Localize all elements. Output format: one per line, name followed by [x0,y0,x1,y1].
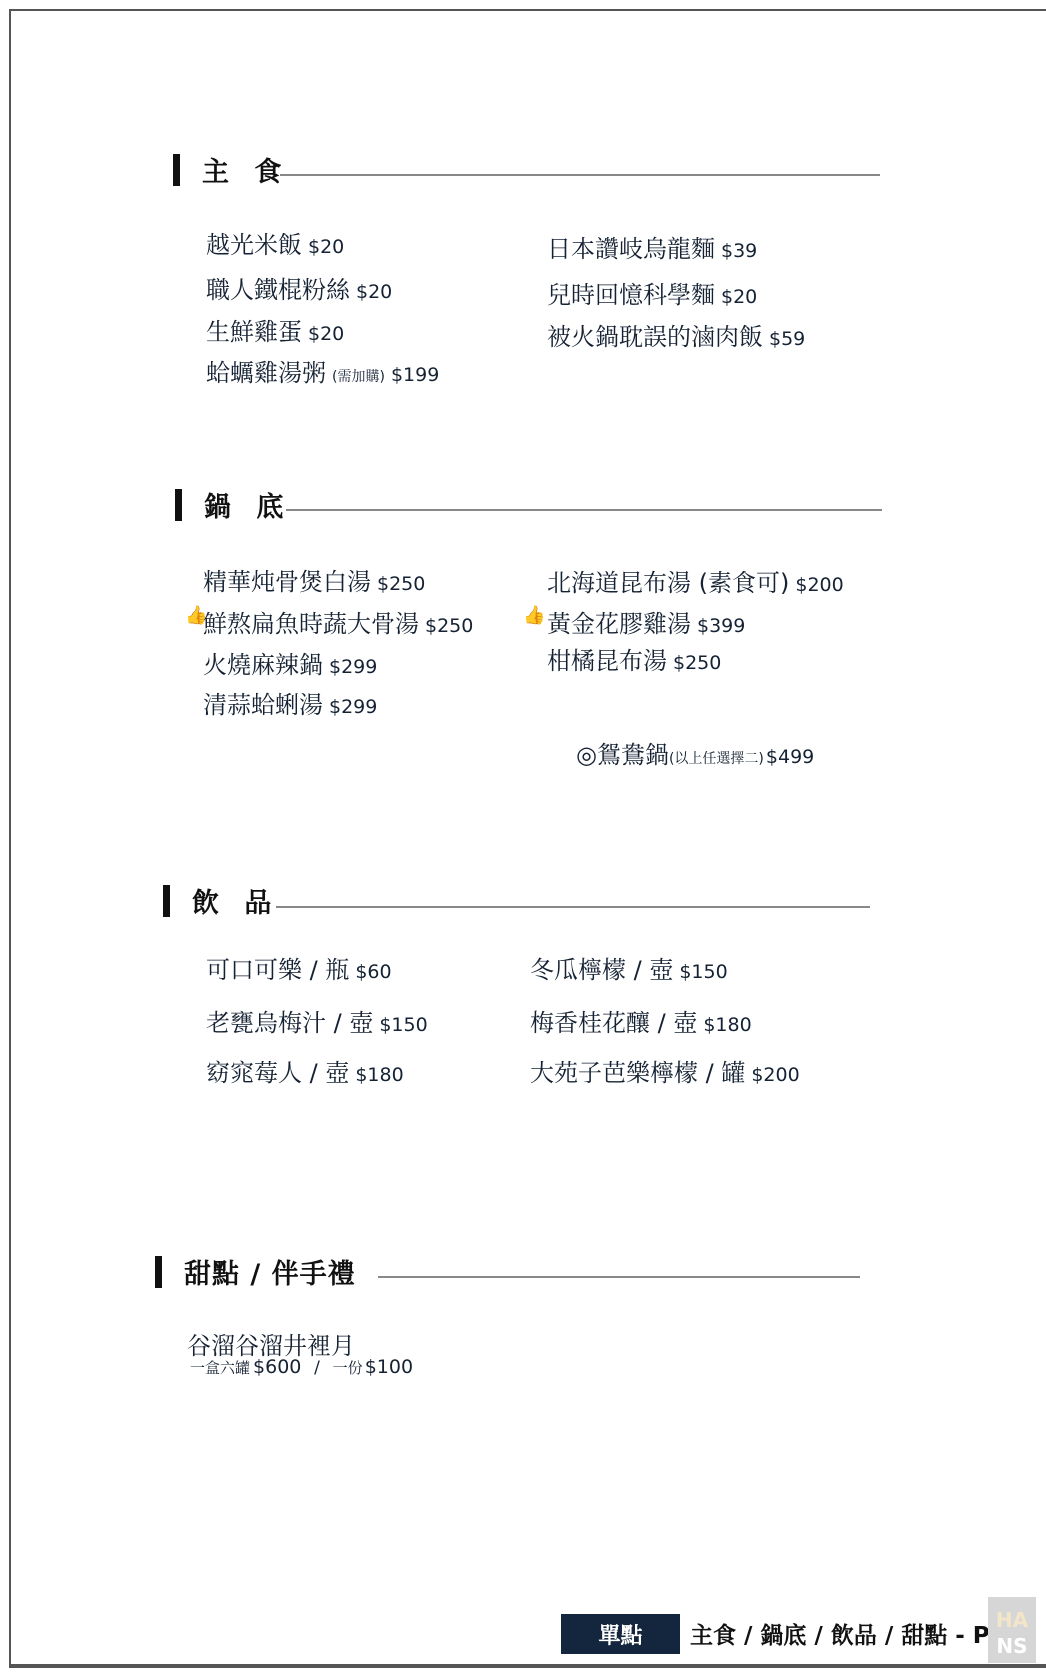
menu-item: 職人鐵棍粉絲$20 [206,270,392,305]
section-title: 鍋 底 [204,485,291,524]
section-rule [280,174,880,176]
menu-item: 越光米飯$20 [206,225,344,260]
menu-item: 老甕烏梅汁 / 壺$150 [206,1003,428,1038]
menu-item: 窈窕莓人 / 壺$180 [206,1053,404,1088]
menu-item-recommended: 鮮熬扁魚時蔬大骨湯$250 [203,604,473,639]
section-rule [378,1276,860,1278]
section-bar [175,489,182,521]
menu-item: 日本讚岐烏龍麵$39 [547,229,757,264]
hans-logo: HANS [988,1597,1036,1663]
category-badge: 單點 [561,1614,680,1654]
section-bar [155,1256,162,1288]
section-header-soup-base: 鍋 底 [175,485,291,524]
menu-item: 可口可樂 / 瓶$60 [206,950,392,985]
page-bottom-border [9,1666,1046,1668]
section-title: 甜點 / 伴手禮 [184,1252,356,1291]
section-title: 主 食 [202,150,289,189]
section-rule [286,509,882,511]
section-bar [163,885,170,917]
menu-item: 兒時回憶科學麵$20 [547,275,757,310]
section-title: 飲 品 [192,881,279,920]
section-header-staple: 主 食 [173,150,289,189]
menu-item: 大苑子芭樂檸檬 / 罐$200 [530,1053,800,1088]
menu-item: 被火鍋耽誤的滷肉飯$59 [547,317,805,352]
footer-page-label: 主食 / 鍋底 / 飲品 / 甜點 - P12 [690,1617,1019,1650]
menu-page [9,9,1046,1666]
menu-item: 梅香桂花釀 / 壺$180 [530,1003,752,1038]
menu-item-recommended: 黃金花膠雞湯$399 [547,604,745,639]
section-header-drinks: 飲 品 [163,881,279,920]
menu-item: 火燒麻辣鍋$299 [203,645,377,680]
menu-item: 柑橘昆布湯$250 [547,641,721,676]
menu-item: 蛤蠣雞湯粥(需加購)$199 [206,353,439,388]
menu-item: 冬瓜檸檬 / 壺$150 [530,950,728,985]
section-rule [276,906,870,908]
section-bar [173,154,180,186]
menu-item: 精華炖骨煲白湯$250 [203,562,425,597]
menu-item: 生鮮雞蛋$20 [206,312,344,347]
dessert-item-prices: 一盒六罐$600 / 一份$100 [190,1356,413,1378]
menu-item: 清蒜蛤蜊湯$299 [203,685,377,720]
thumbs-up-icon: 👍 [523,605,545,626]
section-header-dessert: 甜點 / 伴手禮 [155,1252,356,1291]
combo-item: ◎鴛鴦鍋(以上任選擇二)$499 [576,735,814,770]
menu-item: 北海道昆布湯 (素食可)$200 [547,563,844,598]
